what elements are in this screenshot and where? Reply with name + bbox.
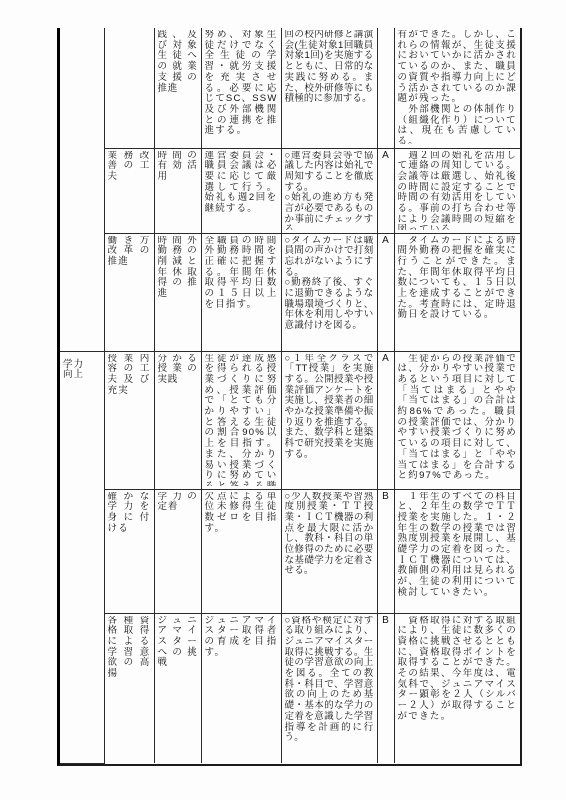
cell-comment: 有ができた。しかし、これらの情報が、生徒支援においていかに活かされているのか、ま… (394, 28, 520, 148)
grade-value: B (378, 492, 394, 503)
goal-text: ジュニアマイスター取得者の育成を目指す。 (205, 616, 278, 760)
cell-subitem: 時間外勤務の削減と年休取得の推進 (154, 233, 201, 351)
school-evaluation-table: 践、及び対象生徒への就業支援の推進 努め、対象生徒だけでなく全生徒の学習・就労支… (60, 28, 520, 764)
cell-goal: 運営委員会・職員会議は必要に応じて厳選して行う。始礼も週2回を継続する。 (201, 148, 281, 233)
goal-text: 全職員の時間外勤務時間を正確に把握する。年間年休取得平均日数の１５日以上を目指す… (205, 236, 278, 348)
cell-measures: 回の校内研修と講演会(生徒対象1回職員対象1回)を実施するとともに、日常的な実践… (281, 28, 377, 148)
cell-grade: B (377, 613, 394, 763)
subitem-text: 践、及び対象生徒への就業支援の推進 (158, 30, 198, 144)
cell-item: 働き方改革の推進 (104, 233, 154, 351)
measure-paragraph: 回の校内研修と講演会(生徒対象1回職員対象1回)を実施するとともに、日常的な実践… (285, 30, 374, 105)
cell-measures: ○運営委員会等で協議した内容は始礼で周知することを徹底する。 ○始礼の進め方も発… (281, 148, 377, 233)
subitem-text: 学力の定着 (158, 492, 198, 610)
grade-value: B (378, 616, 394, 627)
goal-text: 運営委員会・職員会議は必要に応じて厳選して行う。始礼も週2回を継続する。 (205, 151, 278, 230)
cell-comment: 生徒からの授業評価では、分かりやすい授業であるという項目に対して「当てはまる」と… (394, 351, 520, 489)
item-text: 授業内容の工夫及び充実 (108, 354, 151, 486)
table-row: 業務改善の工夫 時間の有効活用 運営委員会・職員会議は必要に応じて厳選して行う。… (60, 148, 520, 233)
cell-grade: A (377, 233, 394, 351)
comment-paragraph: 週２回の始礼を活用して連絡の周知している。会議等は厳選し、始礼後の時間に設定する… (398, 151, 518, 230)
cell-subitem: 践、及び対象生徒への就業支援の推進 (154, 28, 201, 148)
cell-measures: ○資格や検定に対する取り組みにより、ジュニアマイスター取得に挑戦する。生徒の学習… (281, 613, 377, 763)
comment-paragraph: タイムカードによる時間外勤務の把握を確実に行うことができた。また、年間年休取得平… (398, 236, 518, 322)
table-row: 働き方改革の推進 時間外勤務の削減と年休取得の推進 全職員の時間外勤務時間を正確… (60, 233, 520, 351)
measure-paragraph: ○タイムカードは職員間の声かけで打刻忘れがないようにする。 (285, 236, 374, 279)
cell-grade (377, 28, 394, 148)
comment-paragraph: 資格取得に対する取組により、生徒に数多くの資格に挑戦させるとともに、資格取得ポイ… (398, 616, 518, 723)
measure-paragraph: ○１年全クラスで「TT授業」を実施する。公開授業や授業評価アンケートを実施し、授… (285, 354, 374, 461)
subitem-text: 時間の有効活用 (158, 151, 198, 230)
cell-goal: 欠点による単位未修得生徒数ゼロを目指す。 (201, 489, 281, 613)
item-text: 各種資格取得による学習意欲の高揚 (108, 616, 151, 760)
table-row: 践、及び対象生徒への就業支援の推進 努め、対象生徒だけでなく全生徒の学習・就労支… (60, 28, 520, 148)
cell-item: 業務改善の工夫 (104, 148, 154, 233)
measure-paragraph: ○運営委員会等で協議した内容は始礼で周知することを徹底する。 (285, 151, 374, 194)
cell-measures: ○少人数授業や習熟度別授業・ＴＴ授業・ＩＣＴ機器の利点を最大限に活かし、教科・科… (281, 489, 377, 613)
cell-subitem: 分かる授業の実践 (154, 351, 201, 489)
cell-comment: タイムカードによる時間外勤務の把握を確実に行うことができた。また、年間年休取得平… (394, 233, 520, 351)
cell-category-gakuryoku: 学力 向上 (60, 351, 104, 763)
goal-text: 生徒が達成感を得られる授業づくりに努め、授業評価で「とても分かりやすい」と答える… (205, 354, 278, 486)
item-text (108, 30, 151, 144)
grade-value: A (378, 354, 394, 365)
document-page: 践、及び対象生徒への就業支援の推進 努め、対象生徒だけでなく全生徒の学習・就労支… (0, 0, 566, 800)
item-text: 働き方改革の推進 (108, 236, 151, 348)
grade-value: A (378, 151, 394, 162)
subitem-text: 時間外勤務の削減と年休取得の推進 (158, 236, 198, 348)
table-row: 学力 向上 授業内容の工夫及び充実 分かる授業の実践 生徒が達成感を得られる授業… (60, 351, 520, 489)
cell-measures: ○１年全クラスで「TT授業」を実施する。公開授業や授業評価アンケートを実施し、授… (281, 351, 377, 489)
cell-subitem: ジュニアマイスターへの挑戦 (154, 613, 201, 763)
cell-comment: 資格取得に対する取組により、生徒に数多くの資格に挑戦させるとともに、資格取得ポイ… (394, 613, 520, 763)
comment-paragraph: １年生のすべての科目と、２年生の数学でＴＴ授業を実施した。１・２年生の数学の授業… (398, 492, 518, 599)
item-text: 確かな学力を身に付ける (108, 492, 151, 610)
cell-goal: 全職員の時間外勤務時間を正確に把握する。年間年休取得平均日数の１５日以上を目指す… (201, 233, 281, 351)
goal-text: 努め、対象生徒だけでなく全生徒の学習・就労支援を充実させる。必要に応じてSC、S… (205, 30, 278, 144)
cell-grade: A (377, 148, 394, 233)
comment-paragraph: 外部機関との体制作り（組織化作り）については、現在も苦慮している。 (398, 105, 518, 144)
cell-item: 授業内容の工夫及び充実 (104, 351, 154, 489)
cell-item: 確かな学力を身に付ける (104, 489, 154, 613)
item-text: 業務改善の工夫 (108, 151, 151, 230)
comment-paragraph: 生徒からの授業評価では、分かりやすい授業であるという項目に対して「当てはまる」と… (398, 354, 518, 482)
grade-value: A (378, 236, 394, 247)
cell-grade: A (377, 351, 394, 489)
cell-comment: １年生のすべての科目と、２年生の数学でＴＴ授業を実施した。１・２年生の数学の授業… (394, 489, 520, 613)
measure-paragraph: ○少人数授業や習熟度別授業・ＴＴ授業・ＩＣＴ機器の利点を最大限に活かし、教科・科… (285, 492, 374, 578)
measure-paragraph: ○資格や検定に対する取り組みにより、ジュニアマイスター取得に挑戦する。生徒の学習… (285, 616, 374, 744)
cell-goal: ジュニアマイスター取得者の育成を目指す。 (201, 613, 281, 763)
table-row: 確かな学力を身に付ける 学力の定着 欠点による単位未修得生徒数ゼロを目指す。 ○… (60, 489, 520, 613)
goal-text: 欠点による単位未修得生徒数ゼロを目指す。 (205, 492, 278, 610)
cell-grade: B (377, 489, 394, 613)
cell-item (104, 28, 154, 148)
measure-paragraph: ○勤務終了後、すぐに退勤できるような職場環境づくりと、年休を利用しやすい意識付け… (285, 278, 374, 332)
cell-goal: 努め、対象生徒だけでなく全生徒の学習・就労支援を充実させる。必要に応じてSC、S… (201, 28, 281, 148)
measure-paragraph: ○始礼の進め方も発言が必要であるものか事前にチェックする。 (285, 193, 374, 229)
cell-category-blank (60, 28, 104, 351)
cell-goal: 生徒が達成感を得られる授業づくりに努め、授業評価で「とても分かりやすい」と答える… (201, 351, 281, 489)
cell-measures: ○タイムカードは職員間の声かけで打刻忘れがないようにする。 ○勤務終了後、すぐに… (281, 233, 377, 351)
table-row: 各種資格取得による学習意欲の高揚 ジュニアマイスターへの挑戦 ジュニアマイスター… (60, 613, 520, 763)
cell-comment: 週２回の始礼を活用して連絡の周知している。会議等は厳選し、始礼後の時間に設定する… (394, 148, 520, 233)
subitem-text: ジュニアマイスターへの挑戦 (158, 616, 198, 760)
cell-item: 各種資格取得による学習意欲の高揚 (104, 613, 154, 763)
cell-subitem: 時間の有効活用 (154, 148, 201, 233)
cell-subitem: 学力の定着 (154, 489, 201, 613)
subitem-text: 分かる授業の実践 (158, 354, 198, 486)
comment-paragraph: 有ができた。しかし、これらの情報が、生徒支援においていかに活かされているのか、ま… (398, 30, 518, 105)
evaluation-table: 践、及び対象生徒への就業支援の推進 努め、対象生徒だけでなく全生徒の学習・就労支… (57, 28, 522, 766)
